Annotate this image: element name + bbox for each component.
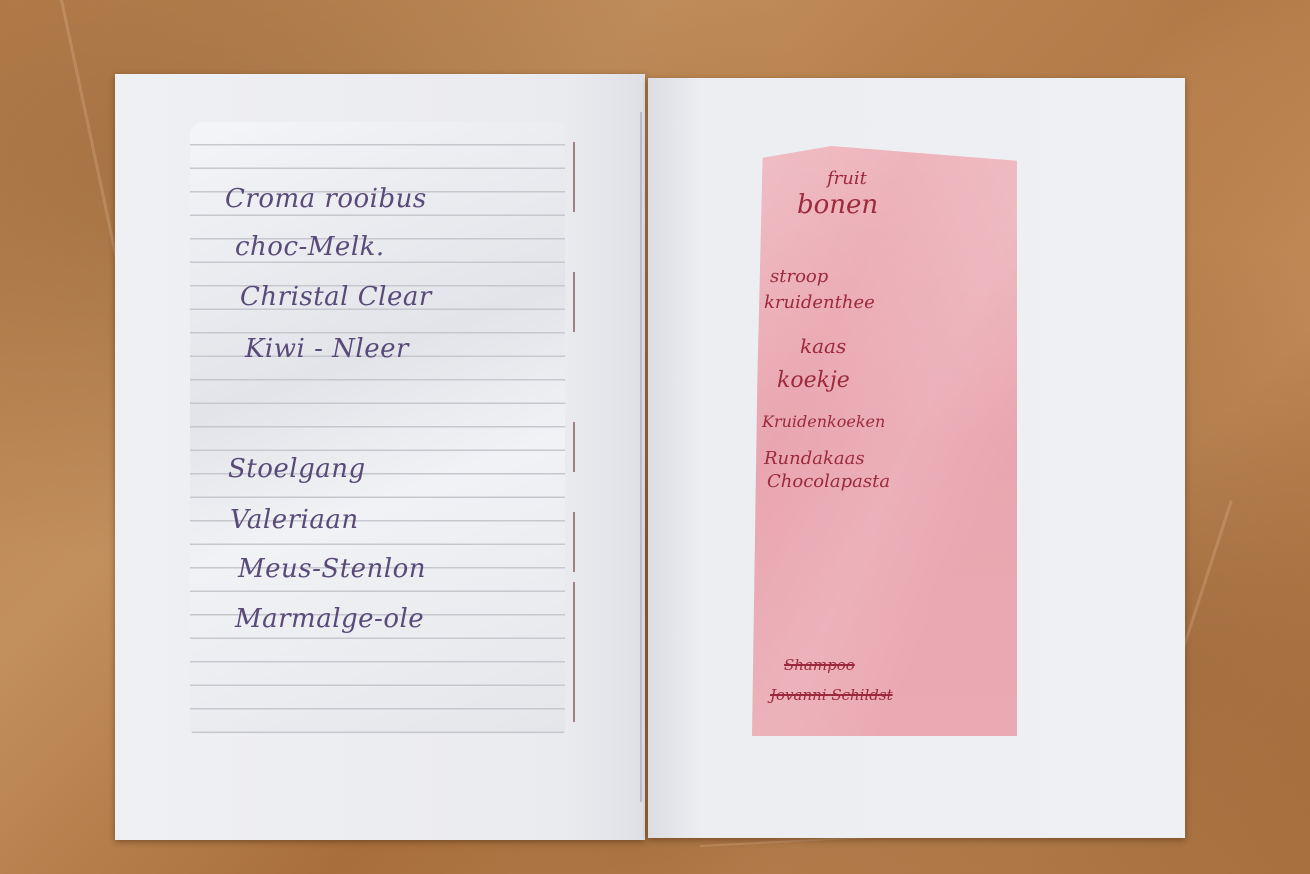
torn-edge [565, 512, 575, 572]
list-item: stroop [770, 266, 828, 287]
list-item: Stoelgang [228, 454, 366, 484]
booklet-gutter [640, 112, 642, 802]
list-item: Rundakaas [764, 448, 865, 469]
list-item: fruit [827, 168, 867, 189]
lined-shopping-note: Croma rooibus choc-Melk. Christal Clear … [190, 122, 565, 734]
list-item: bonen [797, 190, 878, 220]
left-page: Croma rooibus choc-Melk. Christal Clear … [115, 74, 645, 840]
list-item: kruidenthee [764, 292, 875, 313]
torn-edge [565, 582, 575, 722]
list-item: Chocolapasta [767, 471, 890, 492]
list-item: Kruidenkoeken [762, 412, 885, 431]
struck-list-item: Shampoo [784, 656, 855, 674]
list-item: Meus-Stenlon [238, 554, 426, 584]
list-item: Valeriaan [230, 505, 359, 535]
list-item: choc-Melk. [235, 232, 385, 262]
list-item: koekje [777, 368, 850, 393]
list-item: Marmalge-ole [235, 604, 424, 634]
pink-shopping-note: fruit bonen stroop kruidenthee kaas koek… [752, 146, 1017, 736]
torn-edge [565, 142, 575, 212]
list-item: Christal Clear [240, 282, 432, 312]
torn-edge [565, 272, 575, 332]
torn-edge [565, 422, 575, 472]
struck-list-item: Jovanni Schildst [770, 686, 893, 704]
open-booklet: Croma rooibus choc-Melk. Christal Clear … [115, 72, 1185, 840]
list-item: kaas [800, 334, 846, 358]
list-item: Croma rooibus [225, 184, 427, 214]
list-item: Kiwi - Nleer [245, 334, 409, 364]
right-page: fruit bonen stroop kruidenthee kaas koek… [648, 78, 1185, 838]
